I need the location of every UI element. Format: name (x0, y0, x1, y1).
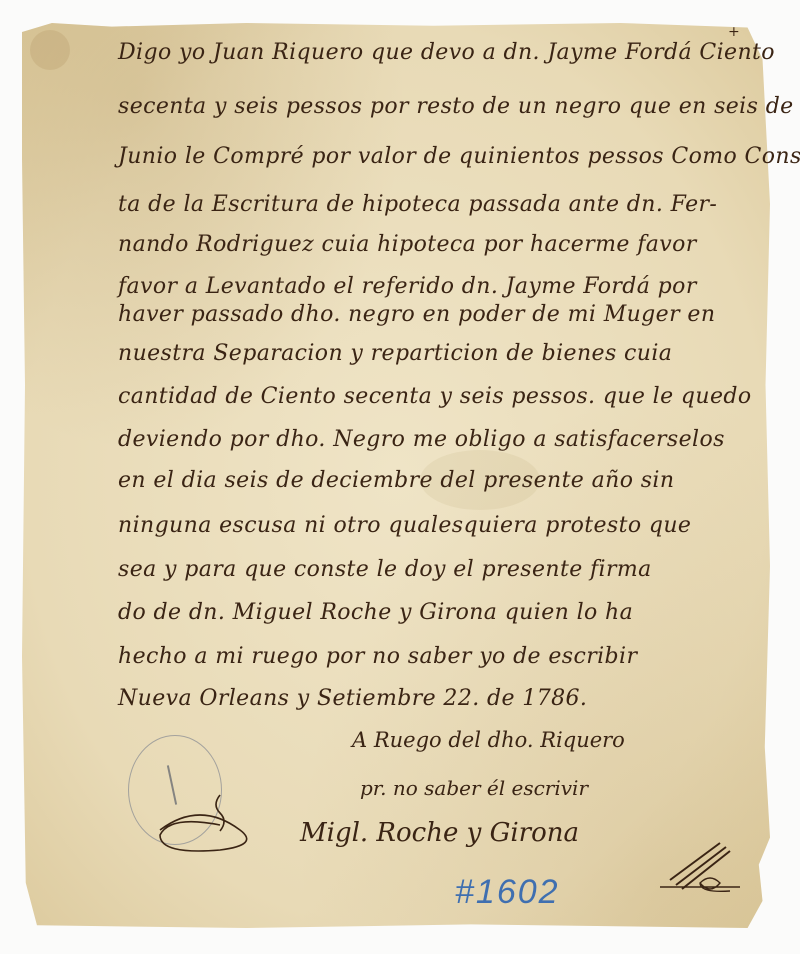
text-line-16: Nueva Orleans y Setiembre 22. de 1786. (118, 686, 587, 711)
attestation-line-2: pr. no saber él escrivir (360, 776, 588, 800)
text-line-1: Digo yo Juan Riquero que devo a dn. Jaym… (118, 40, 775, 65)
paper-stain (30, 30, 70, 70)
page-mark: + (728, 24, 740, 40)
catalog-number: #1602 (455, 873, 560, 912)
text-line-11: en el dia seis de deciembre del presente… (118, 468, 674, 493)
text-line-8: nuestra Separacion y reparticion de bien… (118, 341, 672, 366)
rubric-flourish-icon (150, 790, 290, 860)
signature: Migl. Roche y Girona (300, 818, 579, 848)
text-line-12: ninguna escusa ni otro qualesquiera prot… (118, 513, 691, 538)
text-line-4: ta de la Escritura de hipoteca passada a… (118, 192, 717, 217)
text-line-13: sea y para que conste le doy el presente… (118, 557, 652, 582)
text-line-3: Junio le Compré por valor de quinientos … (118, 144, 800, 169)
text-line-14: do de dn. Miguel Roche y Girona quien lo… (118, 600, 633, 625)
text-line-15: hecho a mi ruego por no saber yo de escr… (118, 644, 637, 669)
text-line-6: favor a Levantado el referido dn. Jayme … (118, 274, 697, 299)
signature-flourish-icon (660, 835, 750, 905)
text-line-9: cantidad de Ciento secenta y seis pessos… (118, 384, 752, 409)
text-line-2: secenta y seis pessos por resto de un ne… (118, 94, 794, 119)
attestation-line-1: A Ruego del dho. Riquero (352, 728, 625, 752)
text-line-5: nando Rodriguez cuia hipoteca por hacerm… (118, 232, 697, 257)
text-line-10: deviendo por dho. Negro me obligo a sati… (118, 427, 725, 452)
text-line-7: haver passado dho. negro en poder de mi … (118, 302, 715, 327)
